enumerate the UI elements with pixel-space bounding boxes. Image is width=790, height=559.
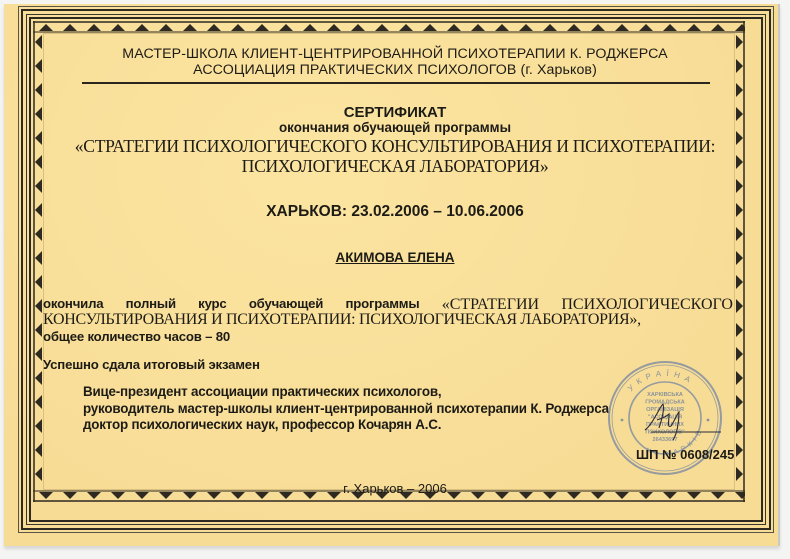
paper-edge bbox=[778, 4, 780, 546]
place-and-year: г. Харьков – 2006 bbox=[0, 481, 790, 496]
total-hours: общее количество часов – 80 bbox=[43, 329, 733, 344]
recipient-name: АКИМОВА ЕЛЕНА bbox=[0, 250, 790, 265]
certificate-subtitle: окончания обучающей программы bbox=[0, 120, 790, 135]
recipient-name-text: АКИМОВА ЕЛЕНА bbox=[336, 250, 455, 265]
signatory-name: доктор психологических наук, профессор К… bbox=[83, 417, 441, 432]
svg-text:ГРОМАДСЬКА: ГРОМАДСЬКА bbox=[645, 400, 685, 406]
program-title-line-2: ПСИХОЛОГИЧЕСКАЯ ЛАБОРАТОРИЯ» bbox=[0, 156, 790, 177]
organization-line-2: АССОЦИАЦИЯ ПРАКТИЧЕСКИХ ПСИХОЛОГОВ (г. Х… bbox=[0, 62, 790, 78]
certificate-title: СЕРТИФИКАТ bbox=[0, 104, 790, 121]
completion-line-2: КОНСУЛЬТИРОВАНИЯ И ПСИХОТЕРАПИИ: ПСИХОЛО… bbox=[43, 311, 733, 329]
signatory-title-2: руководитель мастер-школы клиент-центрир… bbox=[83, 401, 609, 416]
signatory-title-1: Вице-президент ассоциации практических п… bbox=[83, 384, 441, 399]
header-divider bbox=[82, 82, 710, 84]
registration-number: ШП № 0608/245 bbox=[636, 447, 734, 462]
program-title-line-1: «СТРАТЕГИИ ПСИХОЛОГИЧЕСКОГО КОНСУЛЬТИРОВ… bbox=[0, 136, 790, 157]
border-triangle-band-top bbox=[33, 21, 745, 33]
organization-line-1: МАСТЕР-ШКОЛА КЛИЕНТ-ЦЕНТРИРОВАННОЙ ПСИХО… bbox=[0, 46, 790, 62]
svg-text:ХАРКІВСЬКА: ХАРКІВСЬКА bbox=[647, 392, 683, 398]
program-dates: ХАРЬКОВ: 23.02.2006 – 10.06.2006 bbox=[0, 203, 790, 221]
